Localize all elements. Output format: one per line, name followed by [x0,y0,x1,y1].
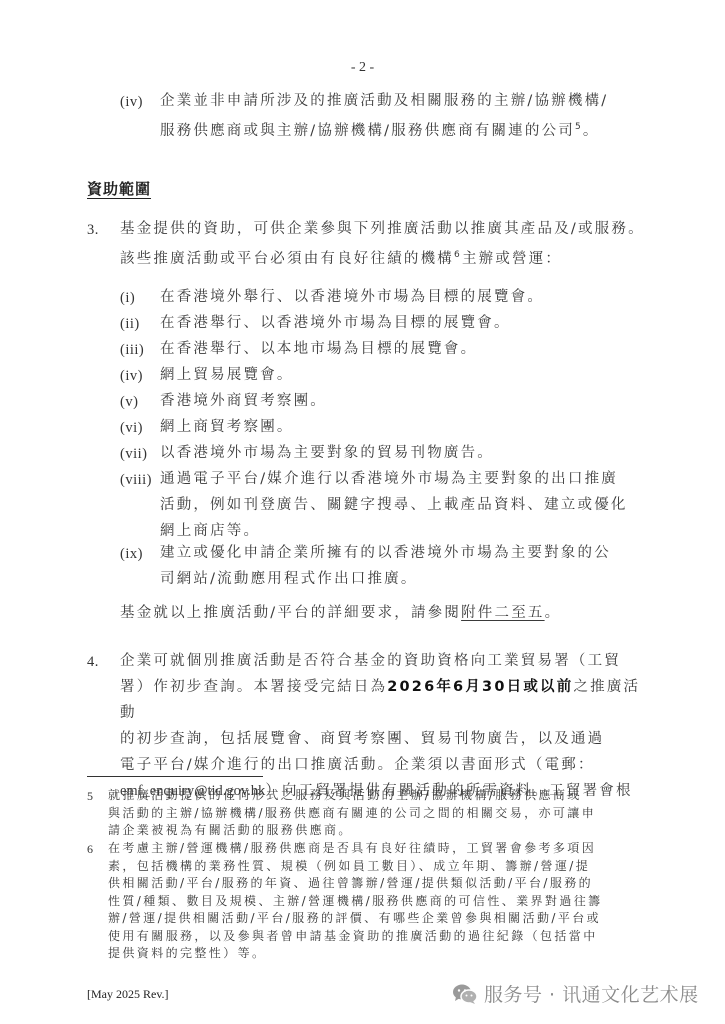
footnote-number: 6 [87,842,93,857]
list-item: 以香港境外市場為主要對象的貿易刊物廣告。 [160,440,640,466]
list-item-label: (vii) [120,446,147,463]
para-4-number: 4. [87,654,99,671]
list-item-label: (ix) [120,546,143,563]
carry-item-text: 企業並非申請所涉及的推廣活動及相關服務的主辦/協辦機構/ 服務供應商或與主辦/協… [160,88,640,144]
footnote-number: 5 [87,789,93,804]
wechat-icon [452,983,478,1005]
deadline-text: 2026年6月30日或以前 [387,679,573,695]
para-3-text: 基金提供的資助，可供企業參與下列推廣活動以推廣其產品及/或服務。 該些推廣活動或… [120,216,650,272]
annex-link[interactable]: 附件二至五 [461,605,545,621]
carry-item-label: (iv) [120,94,143,111]
list-item-label: (viii) [120,472,152,489]
footnote-ref-6[interactable]: 6 [454,250,462,260]
section-heading: 資助範圍 [87,178,151,199]
list-item: 香港境外商貿考察團。 [160,388,640,414]
list-item: 在香港舉行、以香港境外市場為目標的展覽會。 [160,310,640,336]
list-item: 網上貿易展覽會。 [160,362,640,388]
list-item-label: (iv) [120,368,143,385]
para-3-closing: 基金就以上推廣活動/平台的詳細要求，請參閱附件二至五。 [120,600,650,626]
footnote-divider [87,776,263,777]
list-item-label: (iii) [120,342,144,359]
revision-label: [May 2025 Rev.] [87,987,169,1002]
list-item-label: (v) [120,394,138,411]
list-item: 在香港境外舉行、以香港境外市場為目標的展覽會。 [160,284,640,310]
list-item-label: (ii) [120,316,140,333]
list-item: 在香港舉行、以本地市場為目標的展覽會。 [160,336,640,362]
list-item-label: (i) [120,290,135,307]
footnote-ref-5[interactable]: 5 [575,122,583,132]
carry-item-line: 服務供應商或與主辦/協辦機構/服務供應商有關連的公司5。 [160,114,640,144]
para-3-number: 3. [87,222,99,239]
list-item-label: (vi) [120,420,143,437]
footnote-6: 在考慮主辦/營運機構/服務供應商是否具有良好往績時，工貿署會參考多項因 素，包括… [108,840,648,963]
page-number: - 2 - [0,60,725,76]
list-item: 網上商貿考察團。 [160,414,640,440]
list-item: 建立或優化申請企業所擁有的以香港境外市場為主要對象的公 司網站/流動應用程式作出… [160,540,640,592]
footnote-5: 就推廣活動提供的任何形式之服務及與活動的主辦/協辦機構/服務供應商或 與活動的主… [108,787,648,840]
carry-item-line: 企業並非申請所涉及的推廣活動及相關服務的主辦/協辦機構/ [160,88,640,114]
watermark-text: 服务号 · 讯通文化艺术展 [484,980,699,1007]
list-item: 通過電子平台/媒介進行以香港境外市場為主要對象的出口推廣 活動，例如刊登廣告、關… [160,466,640,544]
watermark: 服务号 · 讯通文化艺术展 [452,980,699,1007]
para-4-text: 企業可就個別推廣活動是否符合基金的資助資格向工業貿易署（工貿 署）作初步查詢。本… [120,648,650,804]
